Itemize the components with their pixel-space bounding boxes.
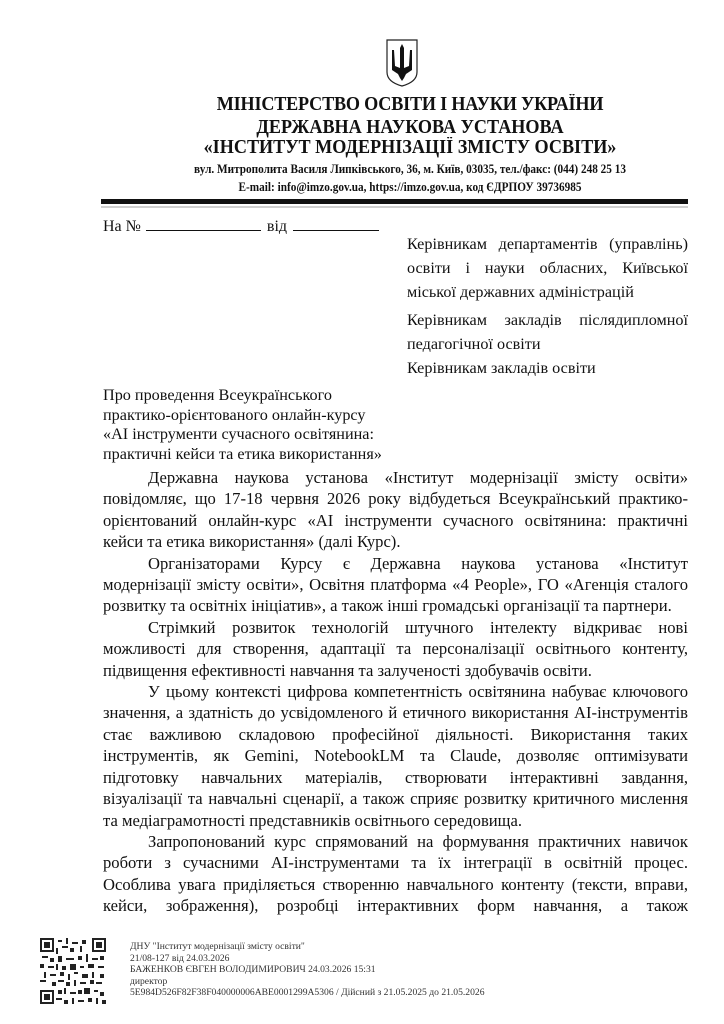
body-line: кейси, зображення), розробці інтерактивн… [103, 895, 688, 916]
signature-doc-number: 21/08-127 від 24.03.2026 [130, 953, 485, 965]
body-line: розвитку та освітніх ініціатив», а також… [103, 595, 688, 616]
tryzub-coat-of-arms-icon [385, 38, 419, 88]
subject-line: Про проведення Всеукраїнського [103, 386, 423, 406]
header-rule-thick [101, 199, 688, 204]
body-line: Державна наукова установа «Інститут моде… [103, 467, 688, 488]
institution-type: ДЕРЖАВНА НАУКОВА УСТАНОВА [122, 117, 699, 139]
recipient-block-postgraduate: Керівникам закладів післядипломної педаг… [407, 308, 688, 356]
recipient-line: педагогічної освіти [407, 332, 688, 356]
body-line: стає важливою складовою професійної діял… [103, 724, 688, 745]
body-line: орієнтований онлайн-курс «АІ інструменти… [103, 510, 688, 531]
reference-number-blank [146, 218, 261, 231]
reference-line: На №від [103, 218, 379, 236]
body-paragraph: Запропонований курс спрямований на форму… [103, 831, 688, 917]
body-paragraph: Організаторами Курсу є Державна наукова … [103, 553, 688, 617]
body-line: роботи з сучасними АІ-інструментами та ї… [103, 852, 688, 873]
recipient-line: Керівникам закладів освіти [407, 356, 688, 380]
recipient-line: Керівникам закладів післядипломної [407, 308, 688, 332]
recipient-line: освіти і науки обласних, Київської [407, 256, 688, 280]
body-paragraph: Стрімкий розвиток технологій штучного ін… [103, 617, 688, 681]
signature-certificate: 5E984D526F82F38F040000006ABE0001299A5306… [130, 987, 485, 999]
signature-position: директор [130, 976, 485, 988]
address-line: вул. Митрополита Василя Липківського, 36… [131, 162, 689, 177]
recipient-block-schools: Керівникам закладів освіти [407, 356, 688, 380]
body-line: повідомляє, що 17-18 червня 2026 року ві… [103, 488, 688, 509]
ministry-title: МІНІСТЕРСТВО ОСВІТИ І НАУКИ УКРАЇНИ [122, 94, 699, 116]
reference-date-blank [293, 218, 379, 231]
institution-name: «ІНСТИТУТ МОДЕРНІЗАЦІЇ ЗМІСТУ ОСВІТИ» [122, 137, 699, 159]
body-line: та медіаграмотності представників освітн… [103, 810, 688, 831]
body-paragraph: У цьому контексті цифрова компетентність… [103, 681, 688, 831]
digital-signature-stamp: ДНУ "Інститут модернізації змісту освіти… [130, 941, 485, 999]
reference-prefix: На № [103, 218, 141, 235]
qr-code-icon [40, 938, 106, 1004]
body-line: підготовку навчальних матеріалів, створю… [103, 767, 688, 788]
body-line: значення, а здатність до усвідомленого й… [103, 702, 688, 723]
signature-signer: БАЖЕНКОВ ЄВГЕН ВОЛОДИМИРОВИЧ 24.03.2026 … [130, 964, 485, 976]
body-line: інструментів, як Gemini, NotebookLM та C… [103, 745, 688, 766]
header-rule-thin [101, 206, 688, 208]
body-line: підвищення ефективності навчання та залу… [103, 660, 688, 681]
body-line: кейси та етика використання» (далі Курс)… [103, 531, 688, 552]
signature-organization: ДНУ "Інститут модернізації змісту освіти… [130, 941, 485, 953]
body-line: У цьому контексті цифрова компетентність… [103, 681, 688, 702]
subject-line: практичні кейси та етика використання» [103, 445, 423, 465]
letter-body: Державна наукова установа «Інститут моде… [103, 467, 688, 917]
body-line: Особлива увага приділяється створенню на… [103, 874, 688, 895]
recipient-block-departments: Керівникам департаментів (управлінь) осв… [407, 232, 688, 304]
body-line: модернізації змісту освіти», Освітня пла… [103, 574, 688, 595]
subject-line: практико-орієнтованого онлайн-курсу [103, 406, 423, 426]
recipient-line: Керівникам департаментів (управлінь) [407, 232, 688, 256]
body-line: Запропонований курс спрямований на форму… [103, 831, 688, 852]
body-line: Стрімкий розвиток технологій штучного ін… [103, 617, 688, 638]
recipient-line: міської державних адміністрацій [407, 280, 688, 304]
body-line: можливості для створення, адаптації та п… [103, 638, 688, 659]
contact-line: E-mail: info@imzo.gov.ua, https://imzo.g… [131, 180, 689, 195]
letter-subject: Про проведення Всеукраїнського практико-… [103, 386, 423, 464]
body-paragraph: Державна наукова установа «Інститут моде… [103, 467, 688, 553]
body-line: візуалізації та навчальні сценарії, а та… [103, 788, 688, 809]
reference-from-label: від [267, 218, 287, 235]
subject-line: «АІ інструменти сучасного освітянина: [103, 425, 423, 445]
body-line: Організаторами Курсу є Державна наукова … [103, 553, 688, 574]
